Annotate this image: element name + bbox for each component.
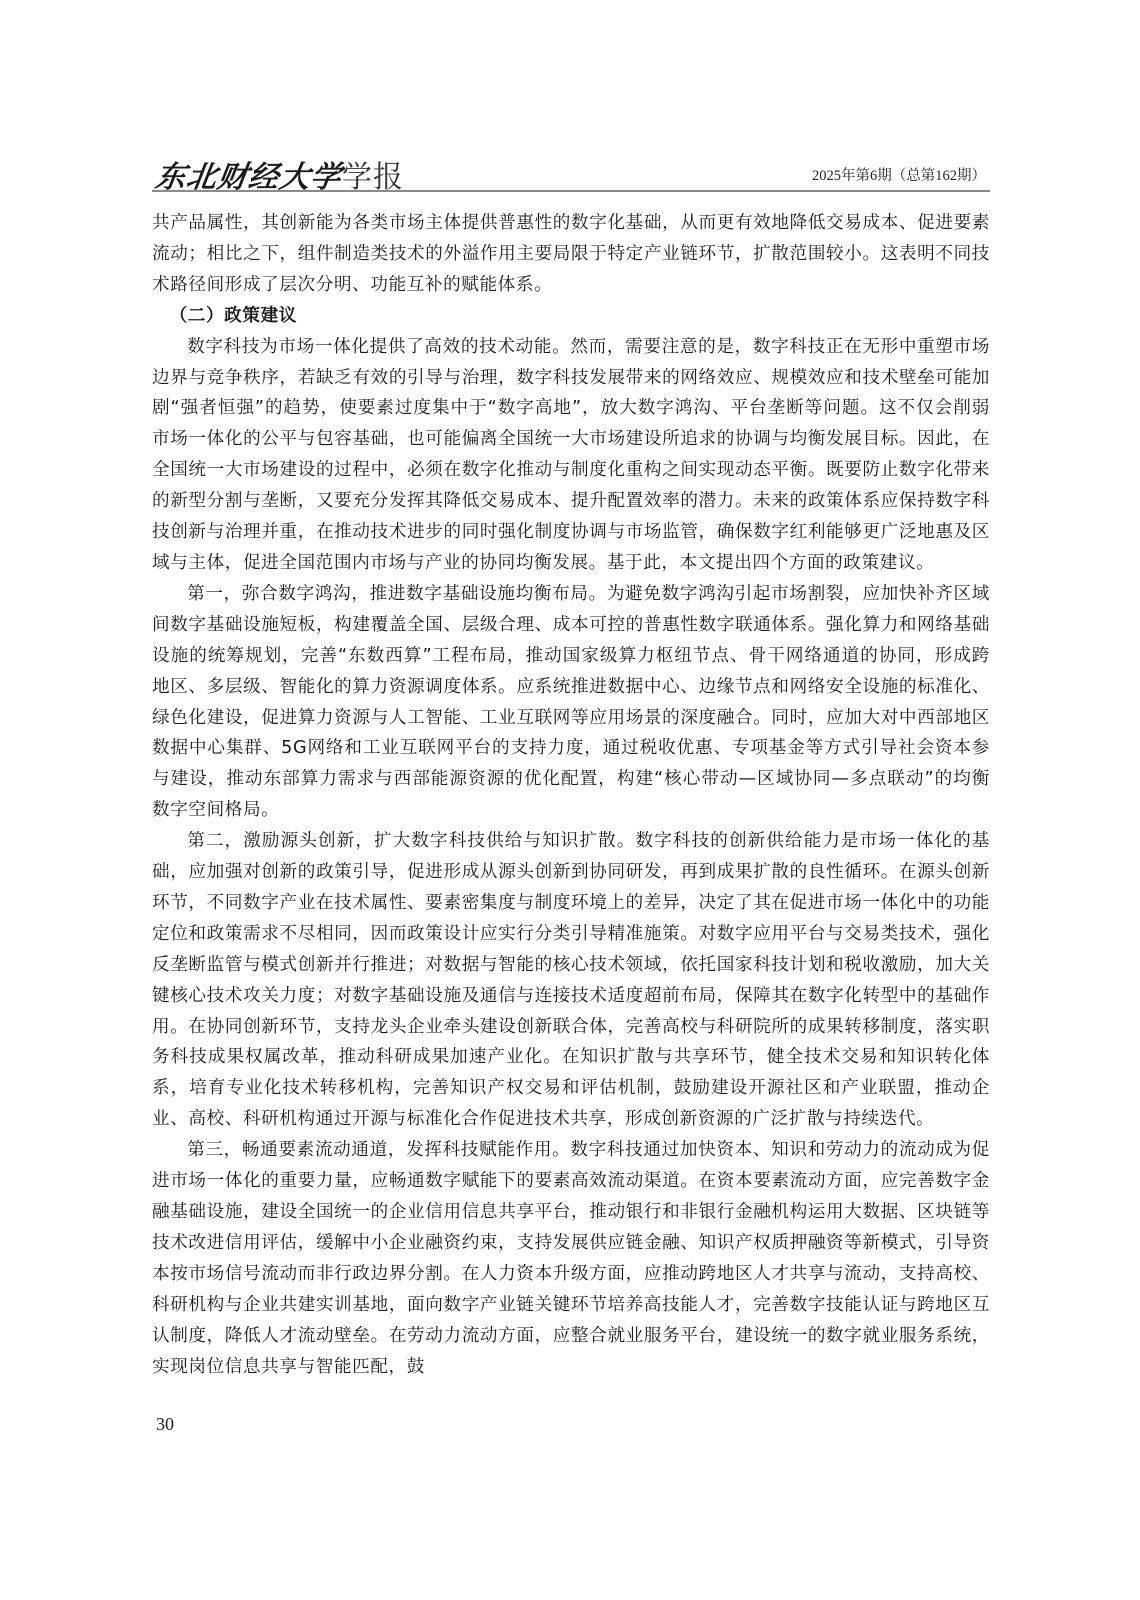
paragraph-third-recommendation: 第三，畅通要素流动通道，发挥科技赋能作用。数字科技通过加快资本、知识和劳动力的流…	[152, 1135, 990, 1382]
paragraph-first-recommendation: 第一，弥合数字鸿沟，推进数字基础设施均衡布局。为避免数字鸿沟引起市场割裂，应加快…	[152, 579, 990, 826]
section-heading: （二）政策建议	[152, 301, 990, 332]
journal-title: 东北财经大学学报	[156, 152, 404, 196]
issue-info: 2025年第6期（总第162期）	[812, 164, 986, 185]
paragraph-second-recommendation: 第二，激励源头创新，扩大数字科技供给与知识扩散。数字科技的创新供给能力是市场一体…	[152, 826, 990, 1135]
journal-title-calligraphy: 东北财经大学	[153, 152, 345, 196]
running-header: 东北财经大学学报 2025年第6期（总第162期）	[152, 150, 990, 192]
journal-title-suffix: 学报	[342, 160, 404, 195]
page-number: 30	[156, 1414, 174, 1435]
continuation-paragraph: 共产品属性，其创新能为各类市场主体提供普惠性的数字化基础，从而更有效地降低交易成…	[152, 208, 990, 301]
article-body: 共产品属性，其创新能为各类市场主体提供普惠性的数字化基础，从而更有效地降低交易成…	[152, 208, 990, 1382]
paragraph-intro: 数字科技为市场一体化提供了高效的技术动能。然而，需要注意的是，数字科技正在无形中…	[152, 332, 990, 579]
